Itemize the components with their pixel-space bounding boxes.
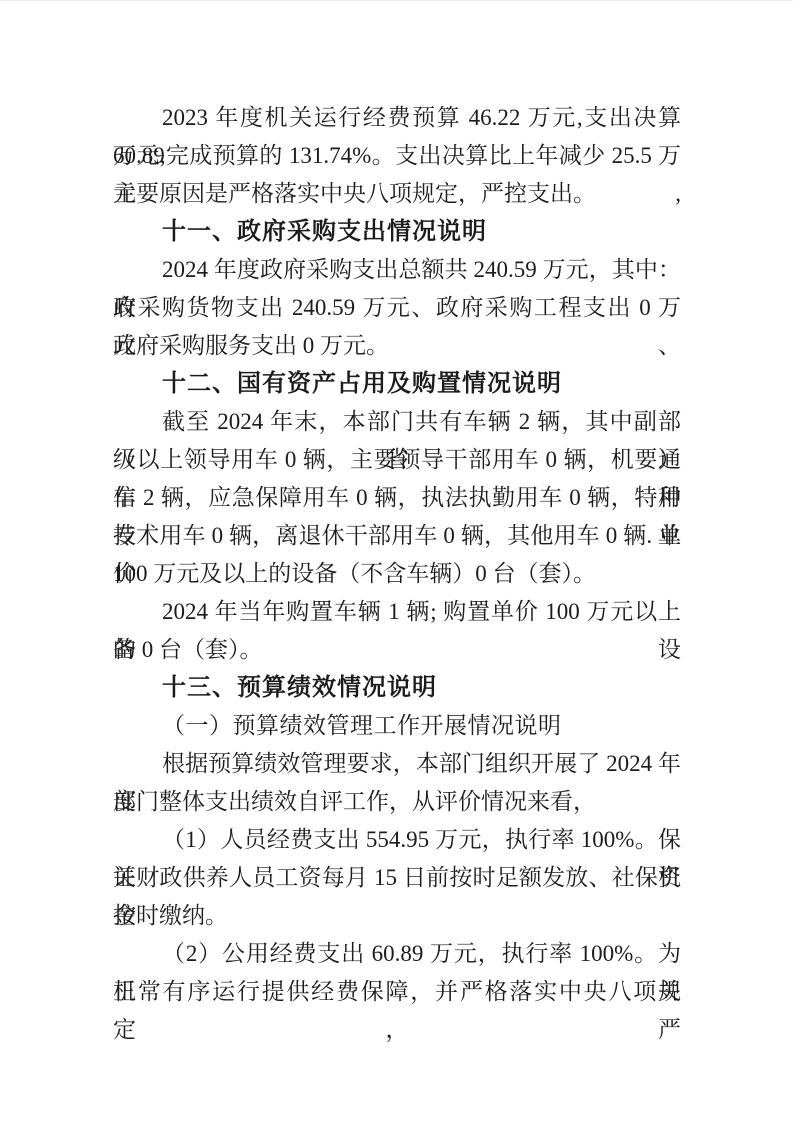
paragraph-line: 关财政供养人员工资每月 15 日前按时足额发放、社保资金 (113, 859, 681, 897)
document-page: 2023 年度机关运行经费预算 46.22 万元,支出决算 60.89 万元,完… (0, 0, 793, 1122)
paragraph-line: 按时缴纳。 (113, 897, 681, 935)
paragraph-line: 100 万元及以上的设备（不含车辆）0 台（套）。 (113, 555, 681, 593)
paragraph-line: 2023 年度机关运行经费预算 46.22 万元,支出决算 60.89 (113, 99, 681, 137)
section-heading-11: 十一、政府采购支出情况说明 (113, 213, 681, 251)
paragraph-line: 截至 2024 年末，本部门共有车辆 2 辆，其中副部（省） (113, 403, 681, 441)
paragraph-line: 车 2 辆，应急保障用车 0 辆，执法执勤用车 0 辆，特种专业 (113, 479, 681, 517)
paragraph-line: 府采购货物支出 240.59 万元、政府采购工程支出 0 万元、 (113, 289, 681, 327)
section-heading-12: 十二、国有资产占用及购置情况说明 (113, 365, 681, 403)
subsection-heading: （一）预算绩效管理工作开展情况说明 (113, 707, 681, 745)
paragraph-line: 正常有序运行提供经费保障，并严格落实中央八项规定，严 (113, 973, 681, 1011)
paragraph-line: 技术用车 0 辆，离退休干部用车 0 辆，其他用车 0 辆. 单价 (113, 517, 681, 555)
paragraph-line: 主要原因是严格落实中央八项规定，严控支出。 (113, 175, 681, 213)
paragraph-line: 根据预算绩效管理要求，本部门组织开展了 2024 年度 (113, 745, 681, 783)
paragraph-line: （1）人员经费支出 554.95 万元，执行率 100%。保证机 (113, 821, 681, 859)
paragraph-line: （2）公用经费支出 60.89 万元，执行率 100%。为机关 (113, 935, 681, 973)
paragraph-line: 级以上领导用车 0 辆，主要领导干部用车 0 辆，机要通信用 (113, 441, 681, 479)
paragraph-line: 2024 年度政府采购支出总额共 240.59 万元，其中：政 (113, 251, 681, 289)
section-heading-13: 十三、预算绩效情况说明 (113, 669, 681, 707)
paragraph-line: 2024 年当年购置车辆 1 辆; 购置单价 100 万元以上的设 (113, 593, 681, 631)
paragraph-line: 万元,完成预算的 131.74%。支出决算比上年减少 25.5 万元, (113, 137, 681, 175)
document-text-block: 2023 年度机关运行经费预算 46.22 万元,支出决算 60.89 万元,完… (113, 99, 681, 1011)
paragraph-line: 部门整体支出绩效自评工作，从评价情况来看， (113, 783, 681, 821)
